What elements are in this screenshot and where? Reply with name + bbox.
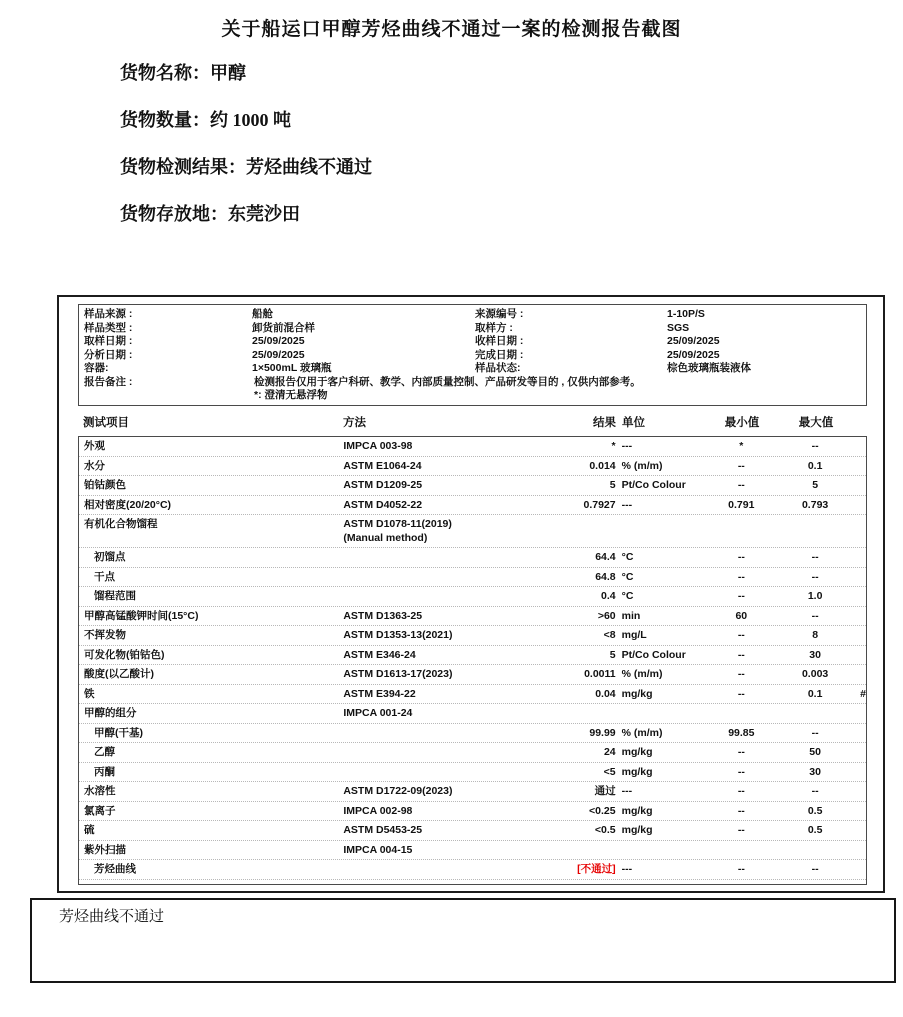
info-label-left: 容器: bbox=[84, 362, 252, 376]
cargo-summary-line: 货物检测结果：芳烃曲线不通过 bbox=[120, 155, 372, 202]
cell-test-item: 水溶性 bbox=[79, 785, 343, 799]
table-row: 铂钴颜色 ASTM D1209-25 5 Pt/Co Colour -- 5 bbox=[79, 476, 866, 496]
table-row: 可发化物(铂钴色) ASTM E346-24 5 Pt/Co Colour --… bbox=[79, 646, 866, 666]
cell-unit: --- bbox=[616, 863, 706, 877]
cell-unit: % (m/m) bbox=[616, 460, 706, 474]
info-value-right: SGS bbox=[667, 322, 866, 336]
cell-unit: mg/kg bbox=[616, 824, 706, 838]
sample-info-row: 分析日期 : 25/09/2025 完成日期 : 25/09/2025 bbox=[84, 349, 866, 363]
cell-max: 0.003 bbox=[777, 668, 853, 682]
cell-min: -- bbox=[705, 746, 777, 760]
bottom-note-box: 芳烃曲线不通过 bbox=[30, 898, 896, 983]
cell-test-item: 干点 bbox=[79, 571, 343, 585]
cell-result: * bbox=[548, 440, 616, 454]
cell-max: -- bbox=[777, 785, 853, 799]
table-row: 铁 ASTM E394-22 0.04 mg/kg -- 0.1 # bbox=[79, 685, 866, 705]
cell-result: 5 bbox=[548, 649, 616, 663]
cell-result: <0.5 bbox=[548, 824, 616, 838]
cell-unit: °C bbox=[616, 571, 706, 585]
cell-min: -- bbox=[705, 460, 777, 474]
table-row: 紫外扫描 IMPCA 004-15 bbox=[79, 841, 866, 861]
cell-test-item: 乙醇 bbox=[79, 746, 343, 760]
cell-test-item: 相对密度(20/20°C) bbox=[79, 499, 343, 513]
cell-test-item: 水分 bbox=[79, 460, 343, 474]
cell-test-item: 甲醇高锰酸钾时间(15°C) bbox=[79, 610, 343, 624]
table-row: 不挥发物 ASTM D1353-13(2021) <8 mg/L -- 8 bbox=[79, 626, 866, 646]
cell-min: -- bbox=[705, 649, 777, 663]
cell-test-item: 可发化物(铂钴色) bbox=[79, 649, 343, 663]
cell-min: -- bbox=[705, 785, 777, 799]
cell-result: 0.014 bbox=[548, 460, 616, 474]
table-row: 甲醇的组分 IMPCA 001-24 bbox=[79, 704, 866, 724]
info-label-right: 完成日期 : bbox=[475, 349, 667, 363]
table-row: 水溶性 ASTM D1722-09(2023) 通过 --- -- -- bbox=[79, 782, 866, 802]
results-table-header: 测试项目 方法 结果 单位 最小值 最大值 bbox=[78, 416, 867, 431]
info-label-right: 收样日期 : bbox=[475, 335, 667, 349]
cell-method: ASTM D1353-13(2021) bbox=[343, 629, 547, 643]
header-result: 结果 bbox=[548, 416, 616, 431]
table-row: 相对密度(20/20°C) ASTM D4052-22 0.7927 --- 0… bbox=[79, 496, 866, 516]
cell-min: -- bbox=[705, 668, 777, 682]
cell-unit: °C bbox=[616, 551, 706, 565]
sample-info-row: 样品类型 : 卸货前混合样 取样方 : SGS bbox=[84, 322, 866, 336]
cell-result: <8 bbox=[548, 629, 616, 643]
cell-test-item: 酸度(以乙酸计) bbox=[79, 668, 343, 682]
cell-test-item: 甲醇的组分 bbox=[79, 707, 343, 721]
cell-min: -- bbox=[705, 824, 777, 838]
page-title: 关于船运口甲醇芳烃曲线不通过一案的检测报告截图 bbox=[0, 14, 903, 41]
cell-max: 30 bbox=[777, 649, 853, 663]
table-row: 馏程范围 0.4 °C -- 1.0 bbox=[79, 587, 866, 607]
cell-max: 0.793 bbox=[777, 499, 853, 513]
cell-method: IMPCA 002-98 bbox=[343, 805, 547, 819]
cell-test-item: 馏程范围 bbox=[79, 590, 343, 604]
cell-min: 99.85 bbox=[705, 727, 777, 741]
cell-test-item: 丙酮 bbox=[79, 766, 343, 780]
cell-test-item: 铁 bbox=[79, 688, 343, 702]
remark-text-line1: 检测报告仅用于客户科研、教学、内部质量控制、产品研发等目的 , 仅供内部参考。 bbox=[252, 376, 866, 390]
cell-method: IMPCA 003-98 bbox=[343, 440, 547, 454]
info-value-left: 卸货前混合样 bbox=[252, 322, 475, 336]
info-value-left: 25/09/2025 bbox=[252, 335, 475, 349]
table-row: 甲醇(干基) 99.99 % (m/m) 99.85 -- bbox=[79, 724, 866, 744]
cell-min: 60 bbox=[705, 610, 777, 624]
cell-max: 0.5 bbox=[777, 824, 853, 838]
table-row: 酸度(以乙酸计) ASTM D1613-17(2023) 0.0011 % (m… bbox=[79, 665, 866, 685]
cell-method: ASTM D1078-11(2019)(Manual method) bbox=[343, 518, 547, 545]
test-report-box: 样品来源 : 船舱 来源编号 : 1-10P/S 样品类型 : 卸货前混合样 取… bbox=[57, 295, 885, 893]
cell-result: <0.25 bbox=[548, 805, 616, 819]
cell-unit: Pt/Co Colour bbox=[616, 479, 706, 493]
cell-max: -- bbox=[777, 571, 853, 585]
cell-method: ASTM E394-22 bbox=[343, 688, 547, 702]
table-row: 甲醇高锰酸钾时间(15°C) ASTM D1363-25 >60 min 60 … bbox=[79, 607, 866, 627]
cell-test-item: 氯离子 bbox=[79, 805, 343, 819]
cell-min: 0.791 bbox=[705, 499, 777, 513]
cell-unit: mg/kg bbox=[616, 766, 706, 780]
bottom-note-text: 芳烃曲线不通过 bbox=[32, 900, 894, 926]
table-row: 初馏点 64.4 °C -- -- bbox=[79, 548, 866, 568]
cell-result: <5 bbox=[548, 766, 616, 780]
cell-max: -- bbox=[777, 440, 853, 454]
cell-test-item: 初馏点 bbox=[79, 551, 343, 565]
cell-method: IMPCA 004-15 bbox=[343, 844, 547, 858]
cell-result: [不通过] bbox=[548, 863, 616, 877]
cell-min: -- bbox=[705, 688, 777, 702]
cell-unit: mg/kg bbox=[616, 688, 706, 702]
cell-test-item: 硫 bbox=[79, 824, 343, 838]
cell-method: ASTM E346-24 bbox=[343, 649, 547, 663]
cell-max: 5 bbox=[777, 479, 853, 493]
cell-method: ASTM D5453-25 bbox=[343, 824, 547, 838]
info-value-left: 1×500mL 玻璃瓶 bbox=[252, 362, 475, 376]
remark-label-spacer bbox=[84, 389, 252, 403]
table-row: 乙醇 24 mg/kg -- 50 bbox=[79, 743, 866, 763]
cell-unit: mg/kg bbox=[616, 746, 706, 760]
sample-info-box: 样品来源 : 船舱 来源编号 : 1-10P/S 样品类型 : 卸货前混合样 取… bbox=[78, 304, 867, 406]
cell-note: # bbox=[853, 688, 866, 702]
cell-method: ASTM D1209-25 bbox=[343, 479, 547, 493]
cell-test-item: 有机化合物馏程 bbox=[79, 518, 343, 532]
cell-min: -- bbox=[705, 766, 777, 780]
info-value-right: 25/09/2025 bbox=[667, 349, 866, 363]
cell-result: 0.04 bbox=[548, 688, 616, 702]
cell-result: 0.7927 bbox=[548, 499, 616, 513]
cell-result: 5 bbox=[548, 479, 616, 493]
cell-result: 99.99 bbox=[548, 727, 616, 741]
cell-method: ASTM E1064-24 bbox=[343, 460, 547, 474]
cell-max: 0.5 bbox=[777, 805, 853, 819]
header-method: 方法 bbox=[343, 416, 548, 431]
cell-test-item: 外观 bbox=[79, 440, 343, 454]
cell-test-item: 芳烃曲线 bbox=[79, 863, 343, 877]
cell-unit: --- bbox=[616, 440, 706, 454]
info-value-right: 25/09/2025 bbox=[667, 335, 866, 349]
cell-test-item: 铂钴颜色 bbox=[79, 479, 343, 493]
cell-result: 24 bbox=[548, 746, 616, 760]
cell-result: 0.0011 bbox=[548, 668, 616, 682]
sample-info-row: 容器: 1×500mL 玻璃瓶 样品状态: 棕色玻璃瓶装液体 bbox=[84, 362, 866, 376]
header-test-item: 测试项目 bbox=[78, 416, 343, 431]
cell-min: -- bbox=[705, 629, 777, 643]
report-remark-row: 报告备注 : 检测报告仅用于客户科研、教学、内部质量控制、产品研发等目的 , 仅… bbox=[84, 376, 866, 390]
analysis-end-footer: --------------------------------- 分析结果结束… bbox=[79, 880, 866, 886]
sample-info-row: 取样日期 : 25/09/2025 收样日期 : 25/09/2025 bbox=[84, 335, 866, 349]
cargo-summary-line: 货物存放地：东莞沙田 bbox=[120, 202, 372, 249]
table-row: 硫 ASTM D5453-25 <0.5 mg/kg -- 0.5 bbox=[79, 821, 866, 841]
cell-method: ASTM D1363-25 bbox=[343, 610, 547, 624]
header-unit: 单位 bbox=[616, 416, 706, 431]
cell-max: -- bbox=[777, 863, 853, 877]
cell-unit: mg/L bbox=[616, 629, 706, 643]
cell-result: 0.4 bbox=[548, 590, 616, 604]
info-label-left: 样品来源 : bbox=[84, 308, 252, 322]
cell-min: -- bbox=[705, 571, 777, 585]
cargo-summary-line: 货物名称：甲醇 bbox=[120, 61, 372, 108]
cell-max: 0.1 bbox=[777, 688, 853, 702]
cell-test-item: 紫外扫描 bbox=[79, 844, 343, 858]
table-row: 干点 64.8 °C -- -- bbox=[79, 568, 866, 588]
results-table: 外观 IMPCA 003-98 * --- * -- 水分 ASTM E1064… bbox=[78, 436, 867, 885]
cell-max: 50 bbox=[777, 746, 853, 760]
info-label-right: 取样方 : bbox=[475, 322, 667, 336]
cargo-summary: 货物名称：甲醇 货物数量：约 1000 吨 货物检测结果：芳烃曲线不通过 货物存… bbox=[120, 61, 372, 249]
cell-unit: % (m/m) bbox=[616, 668, 706, 682]
info-value-right: 1-10P/S bbox=[667, 308, 866, 322]
header-min: 最小值 bbox=[706, 416, 778, 431]
cell-result: >60 bbox=[548, 610, 616, 624]
cell-test-item: 甲醇(干基) bbox=[79, 727, 343, 741]
header-note-spacer bbox=[854, 416, 867, 431]
cell-unit: Pt/Co Colour bbox=[616, 649, 706, 663]
cell-max: 30 bbox=[777, 766, 853, 780]
remark-text-line2: *: 澄清无悬浮物 bbox=[252, 389, 866, 403]
cell-max: 8 bbox=[777, 629, 853, 643]
info-label-left: 取样日期 : bbox=[84, 335, 252, 349]
info-label-right: 样品状态: bbox=[475, 362, 667, 376]
info-value-left: 船舱 bbox=[252, 308, 475, 322]
remark-label: 报告备注 : bbox=[84, 376, 252, 390]
cell-unit: --- bbox=[616, 785, 706, 799]
info-value-left: 25/09/2025 bbox=[252, 349, 475, 363]
cell-max: 1.0 bbox=[777, 590, 853, 604]
cell-min: -- bbox=[705, 805, 777, 819]
info-label-left: 分析日期 : bbox=[84, 349, 252, 363]
table-row: 有机化合物馏程 ASTM D1078-11(2019)(Manual metho… bbox=[79, 515, 866, 548]
cell-unit: °C bbox=[616, 590, 706, 604]
cell-method: ASTM D1722-09(2023) bbox=[343, 785, 547, 799]
header-max: 最大值 bbox=[778, 416, 854, 431]
cell-max: -- bbox=[777, 727, 853, 741]
report-screenshot-page: 关于船运口甲醇芳烃曲线不通过一案的检测报告截图 货物名称：甲醇 货物数量：约 1… bbox=[0, 0, 903, 1017]
report-remark-row2: *: 澄清无悬浮物 bbox=[84, 389, 866, 403]
table-row: 水分 ASTM E1064-24 0.014 % (m/m) -- 0.1 bbox=[79, 457, 866, 477]
cargo-summary-line: 货物数量：约 1000 吨 bbox=[120, 108, 372, 155]
cell-min: -- bbox=[705, 551, 777, 565]
cell-unit: % (m/m) bbox=[616, 727, 706, 741]
cell-max: -- bbox=[777, 551, 853, 565]
cell-unit: --- bbox=[616, 499, 706, 513]
cell-min: -- bbox=[705, 863, 777, 877]
cell-max: 0.1 bbox=[777, 460, 853, 474]
cell-max: -- bbox=[777, 610, 853, 624]
info-label-right: 来源编号 : bbox=[475, 308, 667, 322]
cell-result: 64.8 bbox=[548, 571, 616, 585]
cell-method: ASTM D4052-22 bbox=[343, 499, 547, 513]
cell-method: IMPCA 001-24 bbox=[343, 707, 547, 721]
cell-method: ASTM D1613-17(2023) bbox=[343, 668, 547, 682]
info-value-right: 棕色玻璃瓶装液体 bbox=[667, 362, 866, 376]
table-row: 丙酮 <5 mg/kg -- 30 bbox=[79, 763, 866, 783]
table-row: 外观 IMPCA 003-98 * --- * -- bbox=[79, 437, 866, 457]
table-row: 氯离子 IMPCA 002-98 <0.25 mg/kg -- 0.5 bbox=[79, 802, 866, 822]
cell-result: 通过 bbox=[548, 785, 616, 799]
info-label-left: 样品类型 : bbox=[84, 322, 252, 336]
cell-min: -- bbox=[705, 479, 777, 493]
cell-result: 64.4 bbox=[548, 551, 616, 565]
cell-test-item: 不挥发物 bbox=[79, 629, 343, 643]
table-row: 芳烃曲线 [不通过] --- -- -- bbox=[79, 860, 866, 880]
cell-min: * bbox=[705, 440, 777, 454]
sample-info-row: 样品来源 : 船舱 来源编号 : 1-10P/S bbox=[84, 308, 866, 322]
cell-unit: mg/kg bbox=[616, 805, 706, 819]
cell-unit: min bbox=[616, 610, 706, 624]
cell-min: -- bbox=[705, 590, 777, 604]
